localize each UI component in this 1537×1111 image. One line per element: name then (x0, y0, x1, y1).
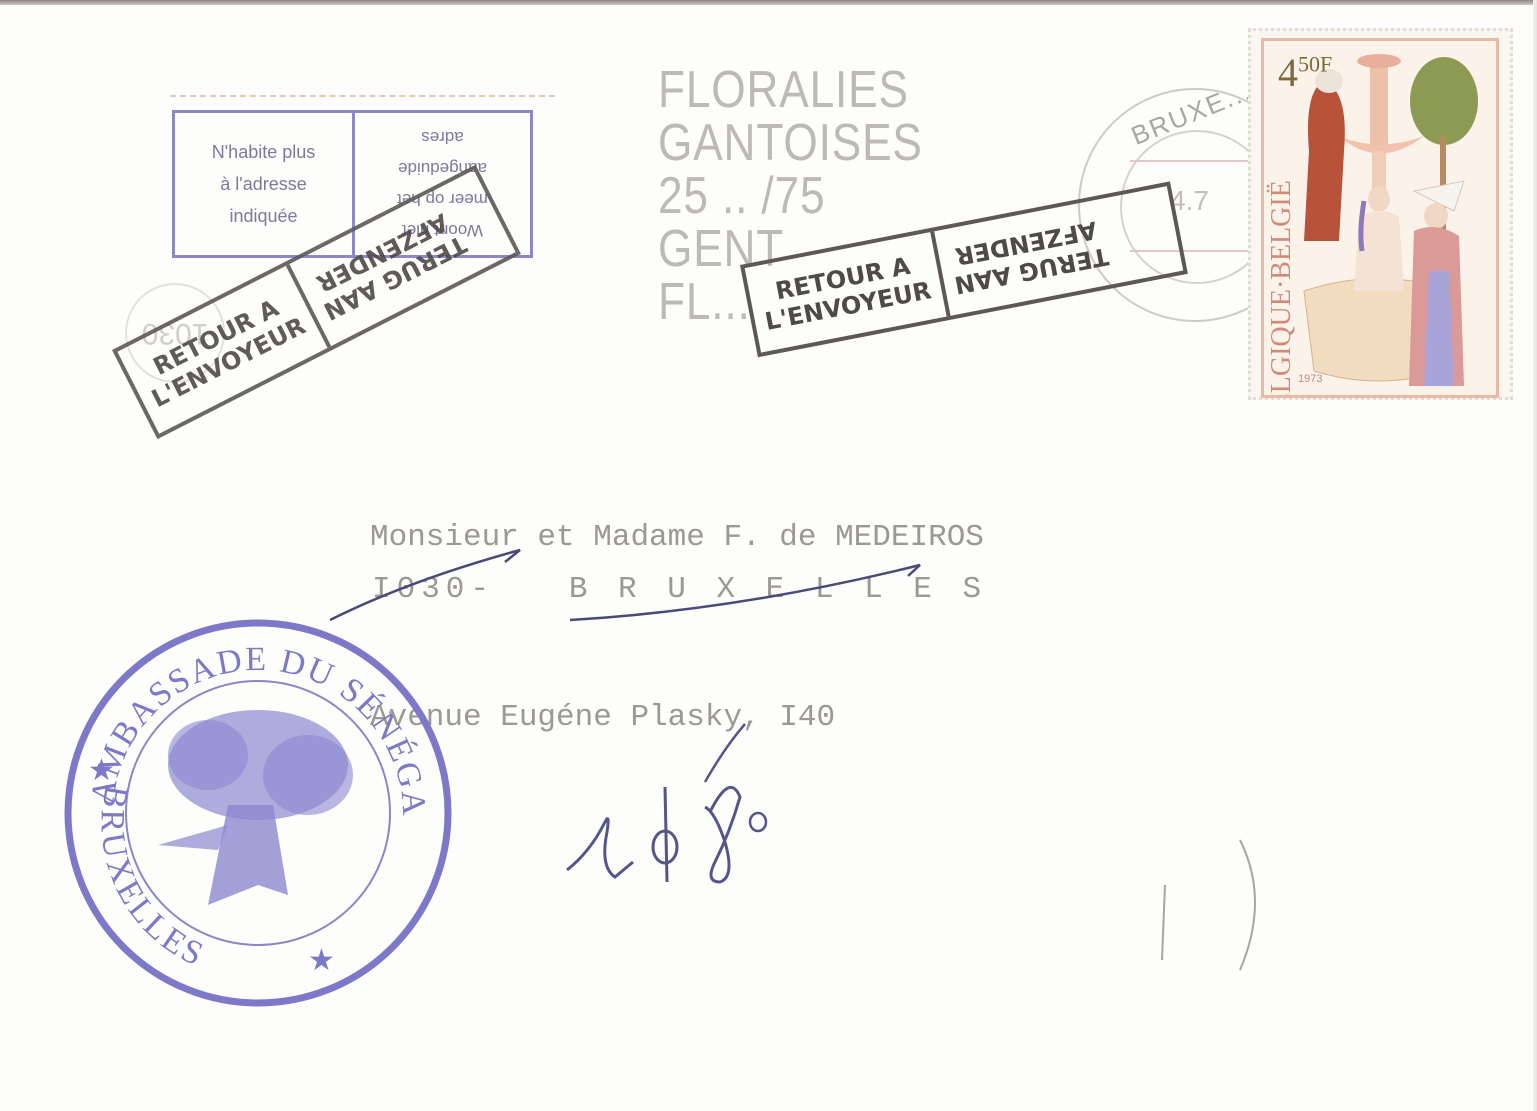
label-french: N'habite plus à l'adresse indiquée (175, 113, 355, 255)
label-fr-line: N'habite plus (212, 136, 316, 168)
label-perforation (170, 95, 555, 103)
seal-bottom-text: BRUXELLES (94, 782, 212, 974)
return-stamp-dutch: TERUG AAN AFZENDER (930, 198, 1123, 317)
envelope-top-edge (0, 0, 1537, 5)
label-nl-line: adres (421, 122, 464, 153)
faint-marks (1150, 830, 1270, 980)
star-icon: ★ (88, 754, 115, 787)
handwritten-note (555, 712, 775, 892)
slogan-line: 25 .. /75 (658, 170, 923, 223)
baobab-tree-icon (158, 710, 353, 905)
stamp-year: 1973 (1298, 373, 1322, 385)
postage-stamp: 450F BELGIQUE·BELGIË ANNEE THERMALE · TH… (1248, 28, 1513, 400)
embassy-seal: AMBASSADE DU SÉNÉGAL BRUXELLES ★ ★ (58, 615, 458, 1010)
stamp-value-fraction: 50F (1298, 52, 1332, 77)
svg-text:BRUXELLES: BRUXELLES (94, 782, 212, 974)
label-fr-line: indiquée (229, 200, 297, 232)
slogan-line: FLORALIES (658, 64, 923, 117)
slogan-line: GANTOISES (658, 117, 923, 170)
envelope-right-edge (1533, 0, 1537, 1111)
star-icon: ★ (308, 944, 335, 977)
label-fr-line: à l'adresse (220, 168, 306, 200)
stamp-country: BELGIQUE·BELGIË (1266, 89, 1298, 398)
stamp-frame: 450F BELGIQUE·BELGIË ANNEE THERMALE · TH… (1261, 38, 1499, 398)
